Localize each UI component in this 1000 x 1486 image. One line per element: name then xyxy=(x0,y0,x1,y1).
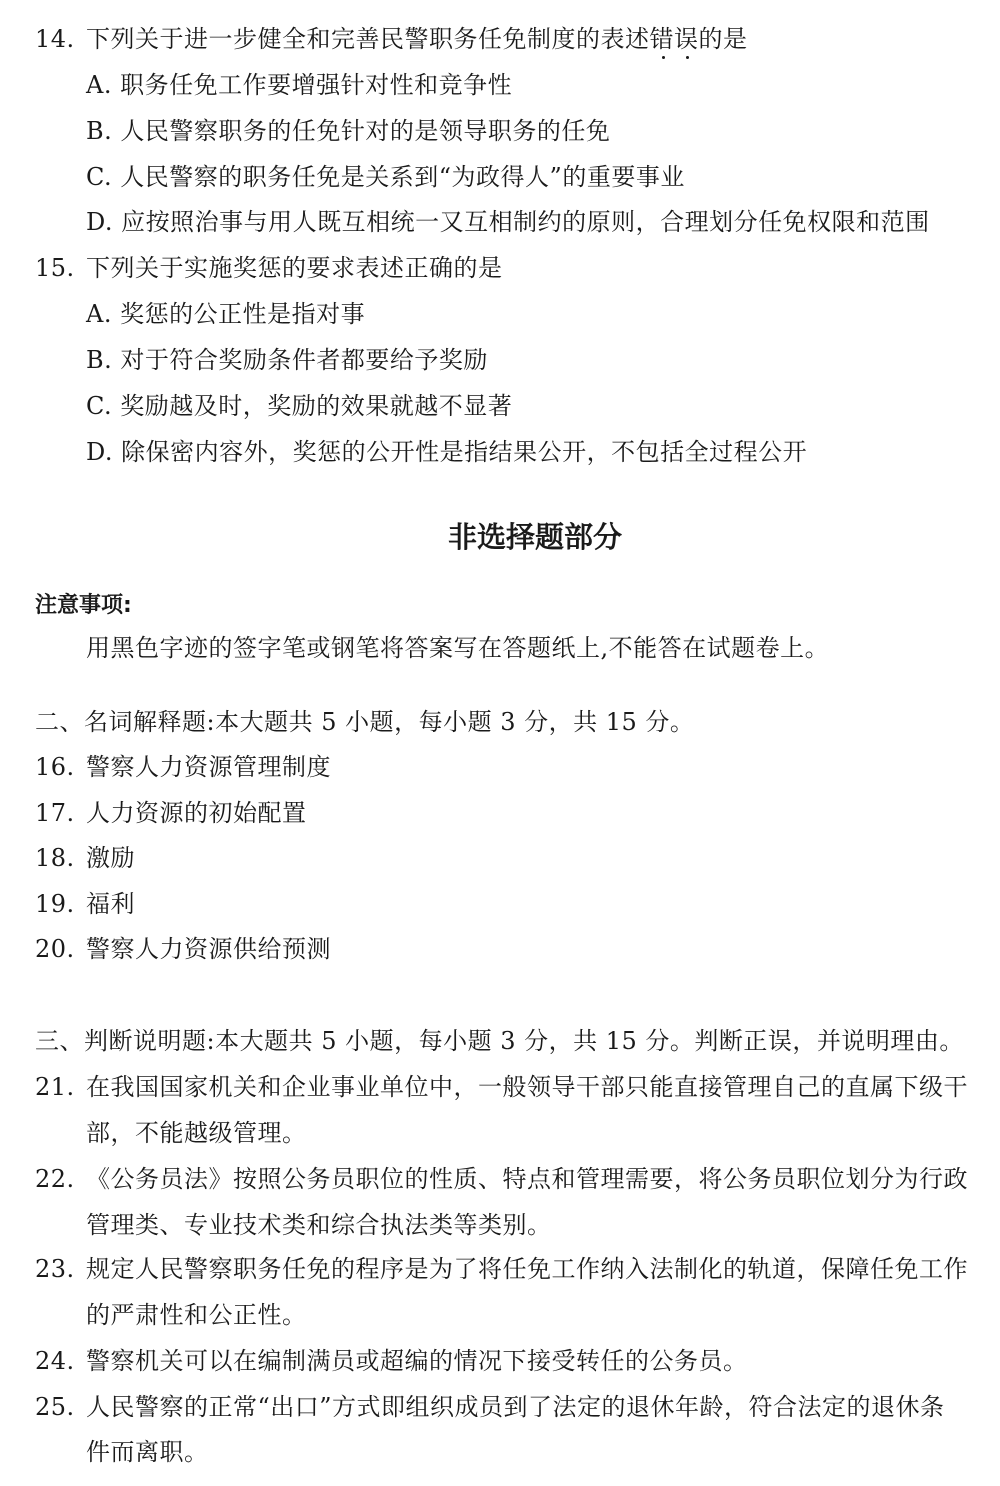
question-stem-continued: 件而离职。 xyxy=(86,1437,209,1467)
question-number: 22. xyxy=(35,1164,75,1194)
option-text: C. 奖励越及时，奖励的效果就越不显著 xyxy=(86,391,512,421)
option-content: 人民警察职务的任免针对的是领导职务的任免 xyxy=(120,117,610,145)
option-label: A. xyxy=(86,71,112,99)
question-number: 20. xyxy=(35,934,75,964)
question-number: 17. xyxy=(35,798,75,828)
question-stem: 下列关于进一步健全和完善民警职务任免制度的表述错误的是 xyxy=(86,24,748,54)
option-content: 职务任免工作要增强针对性和竞争性 xyxy=(120,71,512,99)
part3-heading: 三、判断说明题:本大题共 5 小题，每小题 3 分，共 15 分。判断正误，并说… xyxy=(35,1026,964,1056)
question-number: 15. xyxy=(35,253,75,283)
option-content: 奖惩的公正性是指对事 xyxy=(120,300,365,328)
option-label: B. xyxy=(86,346,112,374)
question-number: 25. xyxy=(35,1392,75,1422)
notice-text: 用黑色字迹的签字笔或钢笔将答案写在答题纸上,不能答在试题卷上。 xyxy=(86,633,829,663)
question-stem: 人力资源的初始配置 xyxy=(86,798,307,828)
question-stem: 警察人力资源管理制度 xyxy=(86,752,331,782)
option-label: B. xyxy=(86,117,112,145)
notice-heading: 注意事项: xyxy=(35,591,132,621)
stem-text: 下列关于进一步健全和完善民警职务任免制度的表述 xyxy=(86,25,650,53)
question-number: 16. xyxy=(35,752,75,782)
option-content: 应按照治事与用人既互相统一又互相制约的原则，合理划分任免权限和范围 xyxy=(121,208,930,236)
option-content: 奖励越及时，奖励的效果就越不显著 xyxy=(120,392,512,420)
option-text: B. 对于符合奖励条件者都要给予奖励 xyxy=(86,345,488,375)
question-number: 21. xyxy=(35,1072,75,1102)
question-stem: 福利 xyxy=(86,889,135,919)
option-label: A. xyxy=(86,300,112,328)
question-stem-continued: 管理类、专业技术类和综合执法类等类别。 xyxy=(86,1210,552,1240)
question-stem-continued: 部，不能越级管理。 xyxy=(86,1118,307,1148)
option-text: D. 应按照治事与用人既互相统一又互相制约的原则，合理划分任免权限和范围 xyxy=(86,207,930,237)
option-text: B. 人民警察职务的任免针对的是领导职务的任免 xyxy=(86,116,610,146)
question-stem: 规定人民警察职务任免的程序是为了将任免工作纳入法制化的轨道，保障任免工作 xyxy=(86,1254,968,1284)
question-stem: 警察机关可以在编制满员或超编的情况下接受转任的公务员。 xyxy=(86,1346,748,1376)
question-stem-continued: 的严肃性和公正性。 xyxy=(86,1300,307,1330)
question-stem: 在我国国家机关和企业事业单位中，一般领导干部只能直接管理自己的直属下级干 xyxy=(86,1072,968,1102)
emphasis-mark: 错 xyxy=(650,25,675,53)
option-content: 对于符合奖励条件者都要给予奖励 xyxy=(120,346,488,374)
option-label: C. xyxy=(86,392,112,420)
option-label: D. xyxy=(86,438,113,466)
option-text: A. 奖惩的公正性是指对事 xyxy=(86,299,365,329)
option-label: D. xyxy=(86,208,113,236)
option-text: A. 职务任免工作要增强针对性和竞争性 xyxy=(86,70,512,100)
question-number: 19. xyxy=(35,889,75,919)
part2-heading: 二、名词解释题:本大题共 5 小题，每小题 3 分，共 15 分。 xyxy=(35,707,694,737)
option-content: 除保密内容外，奖惩的公开性是指结果公开，不包括全过程公开 xyxy=(121,438,807,466)
stem-text: 的是 xyxy=(699,25,748,53)
question-stem: 下列关于实施奖惩的要求表述正确的是 xyxy=(86,253,503,283)
question-number: 14. xyxy=(35,24,75,54)
emphasis-mark: 误 xyxy=(674,25,699,53)
section-title: 非选择题部分 xyxy=(0,519,1000,555)
option-text: D. 除保密内容外，奖惩的公开性是指结果公开，不包括全过程公开 xyxy=(86,437,807,467)
option-content: 人民警察的职务任免是关系到“为政得人”的重要事业 xyxy=(120,163,685,191)
question-stem: 人民警察的正常“出口”方式即组织成员到了法定的退休年龄，符合法定的退休条 xyxy=(86,1392,945,1422)
option-label: C. xyxy=(86,163,112,191)
question-number: 24. xyxy=(35,1346,75,1376)
option-text: C. 人民警察的职务任免是关系到“为政得人”的重要事业 xyxy=(86,162,685,192)
question-stem: 警察人力资源供给预测 xyxy=(86,934,331,964)
question-stem: 《公务员法》按照公务员职位的性质、特点和管理需要，将公务员职位划分为行政 xyxy=(86,1164,968,1194)
question-number: 18. xyxy=(35,843,75,873)
question-stem: 激励 xyxy=(86,843,135,873)
question-number: 23. xyxy=(35,1254,75,1284)
